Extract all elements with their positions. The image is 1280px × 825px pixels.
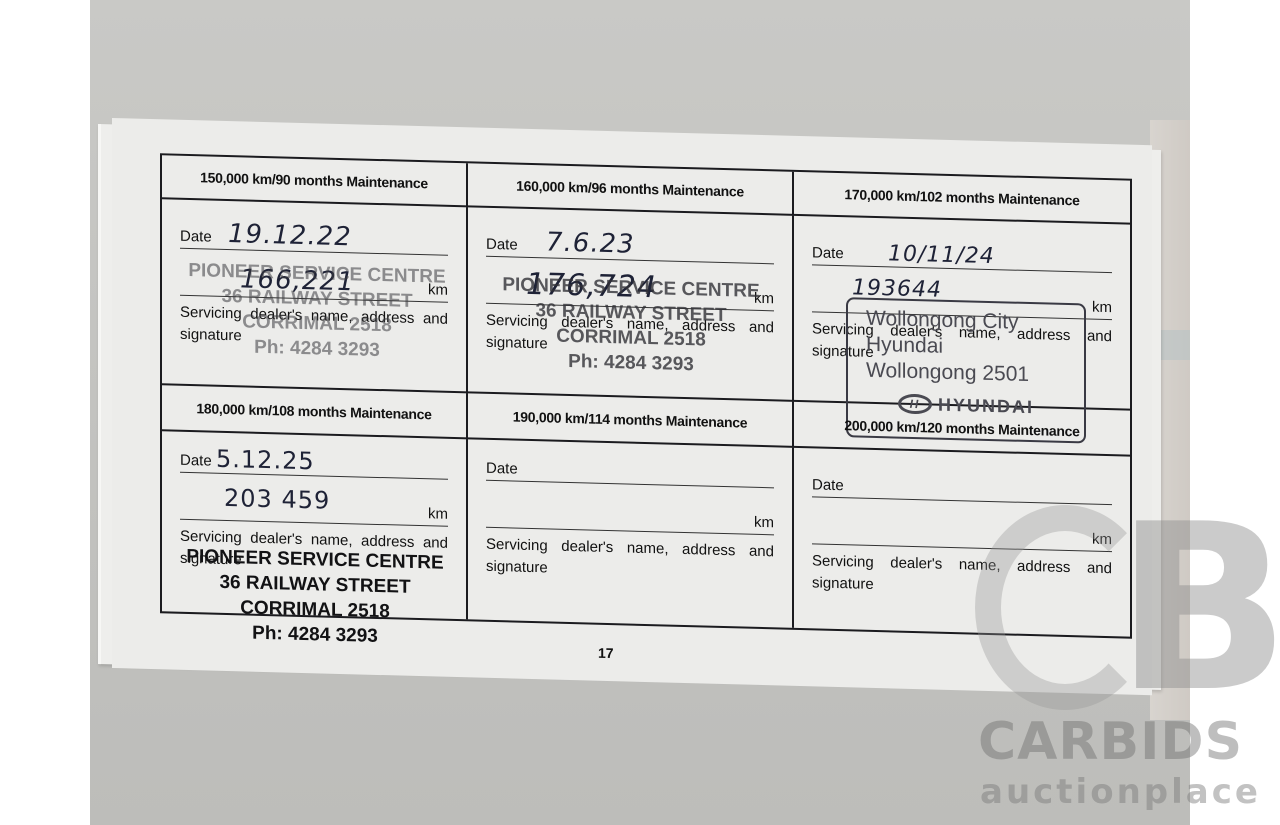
service-entry-200k: Date km Servicing dealer's name, address…	[794, 448, 1130, 637]
date-label: Date	[180, 228, 212, 249]
stamp-line: Wollongong 2501	[858, 358, 1074, 390]
date-field: Date 10/11/24	[812, 238, 1112, 273]
date-field: Date	[486, 454, 774, 489]
odometer-field: km	[486, 485, 774, 536]
page-number: 17	[598, 645, 614, 661]
header-text: 180,000 km/108 months Maintenance	[196, 400, 431, 422]
date-handwritten: 19.12.22	[228, 219, 352, 252]
date-label: Date	[812, 244, 844, 265]
km-label: km	[754, 514, 774, 532]
date-label: Date	[486, 236, 518, 257]
service-entry-160k: Date 7.6.23 176,724 km Servicing dealer'…	[468, 207, 794, 402]
date-field: Date 5.12.25	[180, 446, 448, 480]
date-handwritten: 7.6.23	[546, 227, 635, 259]
date-label: Date	[812, 476, 844, 497]
date-handwritten: 5.12.25	[216, 445, 315, 476]
odometer-field: km	[812, 501, 1112, 552]
service-entry-190k: Date km Servicing dealer's name, address…	[468, 439, 794, 628]
header-text: 150,000 km/90 months Maintenance	[200, 169, 428, 191]
km-label: km	[1092, 531, 1112, 549]
date-field: Date 19.12.22	[180, 222, 448, 256]
service-entry-170k: Date 10/11/24 193644 km Servicing dealer…	[794, 216, 1130, 411]
dealer-stamp-pioneer: PIONEER SERVICE CENTRE 36 RAILWAY STREET…	[170, 544, 460, 652]
km-label: km	[1092, 299, 1112, 317]
odometer-field: 203 459 km	[180, 477, 448, 527]
maintenance-grid: 150,000 km/90 months Maintenance 160,000…	[160, 153, 1132, 638]
servicing-dealer-label: Servicing dealer's name, address and sig…	[812, 550, 1112, 602]
date-label: Date	[180, 452, 212, 473]
dealer-stamp-pioneer: PIONEER SERVICE CENTRE 36 RAILWAY STREET…	[172, 258, 462, 366]
date-label: Date	[486, 460, 518, 481]
dealer-stamp-pioneer: PIONEER SERVICE CENTRE 36 RAILWAY STREET…	[486, 272, 776, 380]
header-text: 160,000 km/96 months Maintenance	[516, 178, 744, 200]
km-label: km	[428, 505, 448, 523]
date-field: Date	[812, 470, 1112, 505]
header-text: 190,000 km/114 months Maintenance	[513, 408, 747, 430]
date-handwritten: 10/11/24	[888, 241, 995, 269]
service-entry-150k: Date 19.12.22 166,221 km Servicing deale…	[162, 199, 468, 393]
date-field: Date 7.6.23	[486, 230, 774, 265]
header-text: 200,000 km/120 months Maintenance	[844, 417, 1079, 439]
service-log-page: 150,000 km/90 months Maintenance 160,000…	[112, 118, 1152, 695]
service-entry-180k: Date 5.12.25 203 459 km Servicing dealer…	[162, 431, 468, 619]
servicing-dealer-label: Servicing dealer's name, address and sig…	[486, 534, 774, 586]
odometer-handwritten: 203 459	[224, 484, 330, 515]
header-text: 170,000 km/102 months Maintenance	[844, 186, 1079, 208]
service-book-photo: 150,000 km/90 months Maintenance 160,000…	[90, 0, 1190, 825]
cell-header-180k: 180,000 km/108 months Maintenance	[162, 385, 468, 439]
